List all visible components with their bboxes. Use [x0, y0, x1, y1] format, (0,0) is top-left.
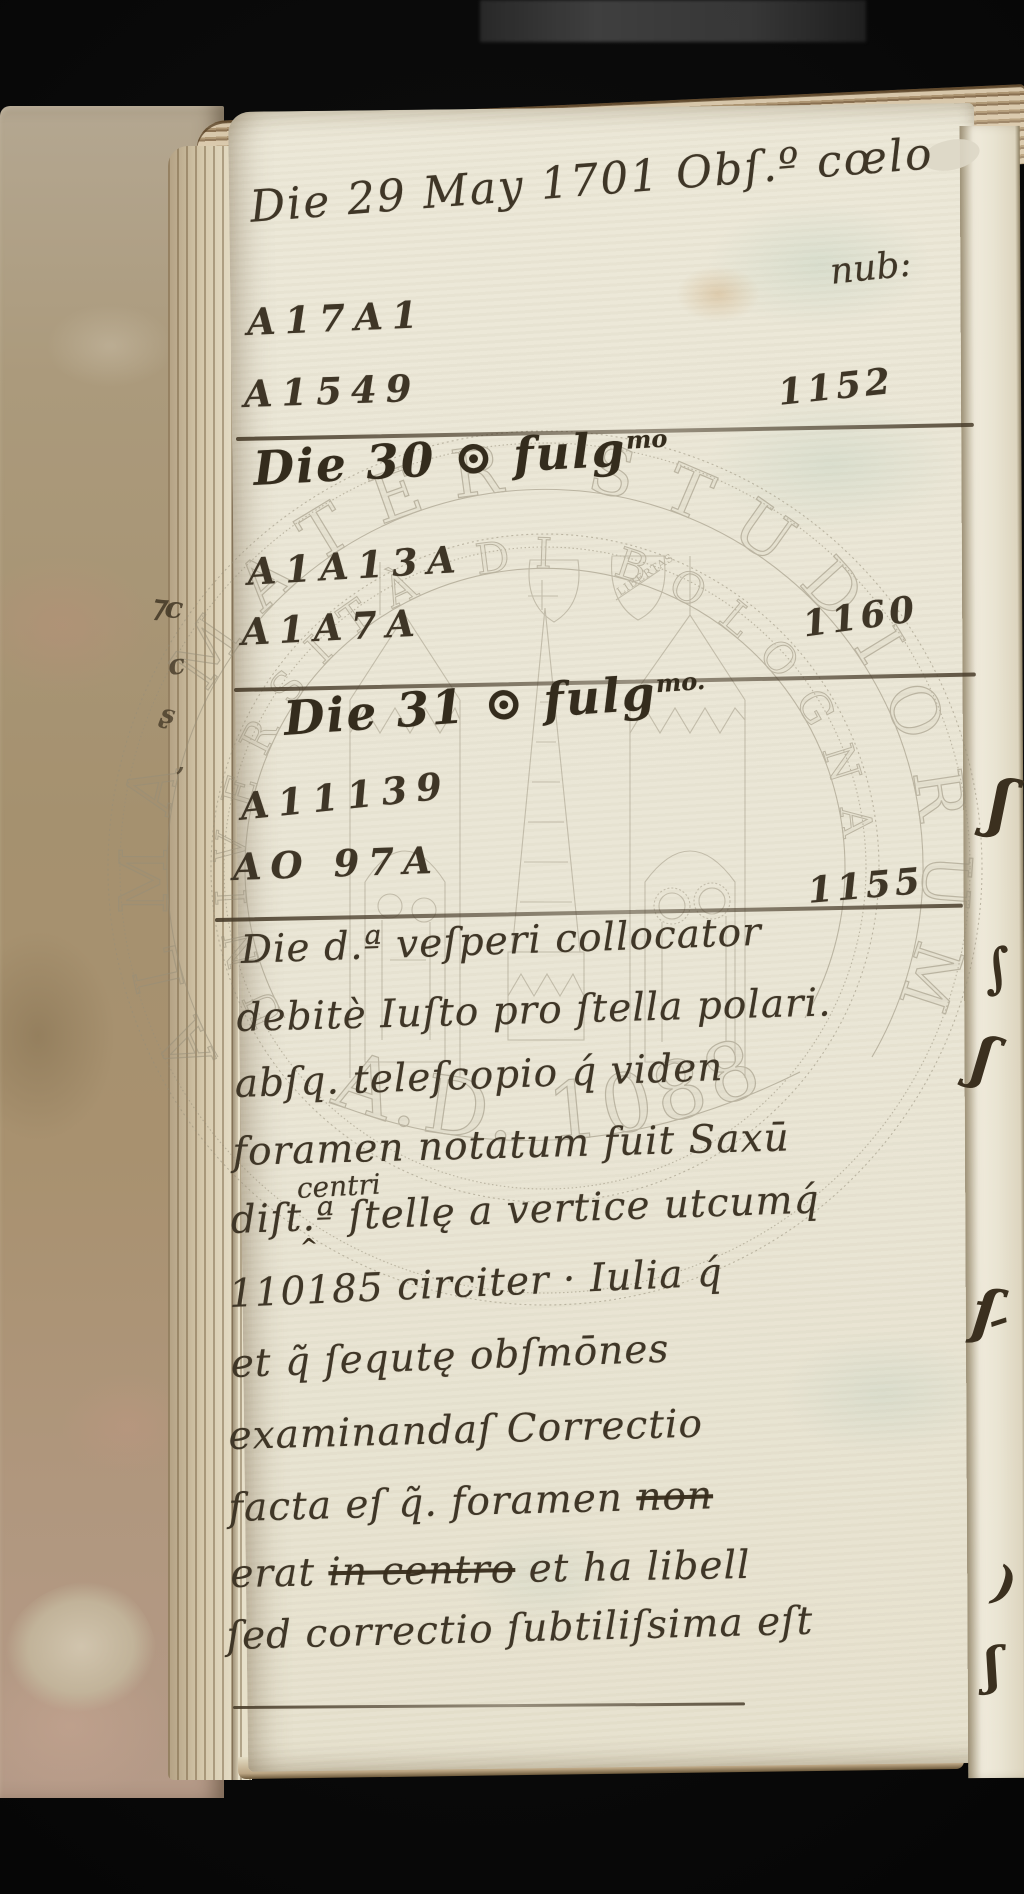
manuscript-scan-photo: ALMA MATER STUDIORUM UNIVERSITÀ DI BOLOG…: [0, 0, 1024, 1894]
next-page-edge: [960, 126, 1024, 1778]
manuscript-page: [228, 103, 994, 1772]
background-cloth-band: [480, 0, 866, 42]
cover-tear-patch: [0, 1572, 164, 1722]
